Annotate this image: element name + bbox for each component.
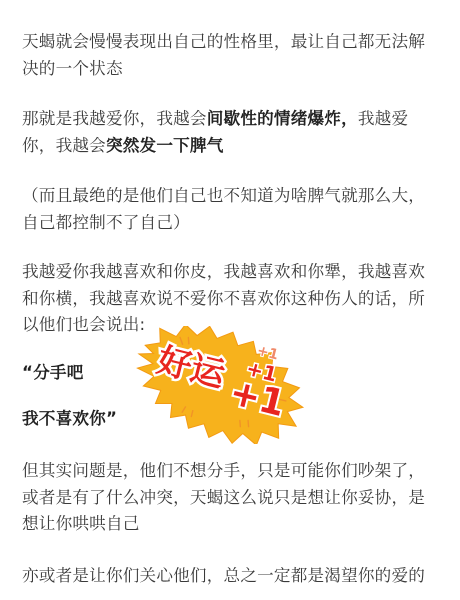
starburst-icon: 好运 +1 +1 +1 xyxy=(130,326,322,444)
paragraph-1: 天蝎就会慢慢表现出自己的性格里，最让自己都无法解决的一个状态 xyxy=(22,29,440,82)
text-segment: 亦或者是让你们关心他们，总之一定都是渴望你的爱的 xyxy=(22,566,425,585)
paragraph-3: （而且最绝的是他们自己也不知道为啥脾气就那么大，自己都控制不了自己） xyxy=(22,183,440,236)
bold-segment: 我不喜欢你” xyxy=(22,409,117,428)
text-segment: 天蝎就会慢慢表现出自己的性格里，最让自己都无法解决的一个状态 xyxy=(22,32,425,78)
bold-segment: 间歇性的情绪爆炸， xyxy=(207,109,358,128)
paragraph-2: 那就是我越爱你，我越会间歇性的情绪爆炸，我越爱你，我越会突然发一下脾气 xyxy=(22,106,440,159)
good-luck-sticker: 好运 +1 +1 +1 xyxy=(130,326,322,444)
text-segment: 但其实问题是，他们不想分手，只是可能你们吵架了，或者是有了什么冲突，天蝎这么说只… xyxy=(22,461,425,533)
paragraph-8: 亦或者是让你们关心他们，总之一定都是渴望你的爱的 xyxy=(22,563,440,590)
text-segment: 那就是我越爱你，我越会 xyxy=(22,109,207,128)
text-segment: （而且最绝的是他们自己也不知道为啥脾气就那么大，自己都控制不了自己） xyxy=(22,186,425,232)
bold-segment: 突然发一下脾气 xyxy=(106,136,224,155)
text-segment: 我越爱你我越喜欢和你皮，我越喜欢和你犟，我越喜欢和你横，我越喜欢说不爱你不喜欢你… xyxy=(22,262,425,334)
bold-segment: “分手吧 xyxy=(22,363,84,382)
paragraph-7: 但其实问题是，他们不想分手，只是可能你们吵架了，或者是有了什么冲突，天蝎这么说只… xyxy=(22,458,440,538)
